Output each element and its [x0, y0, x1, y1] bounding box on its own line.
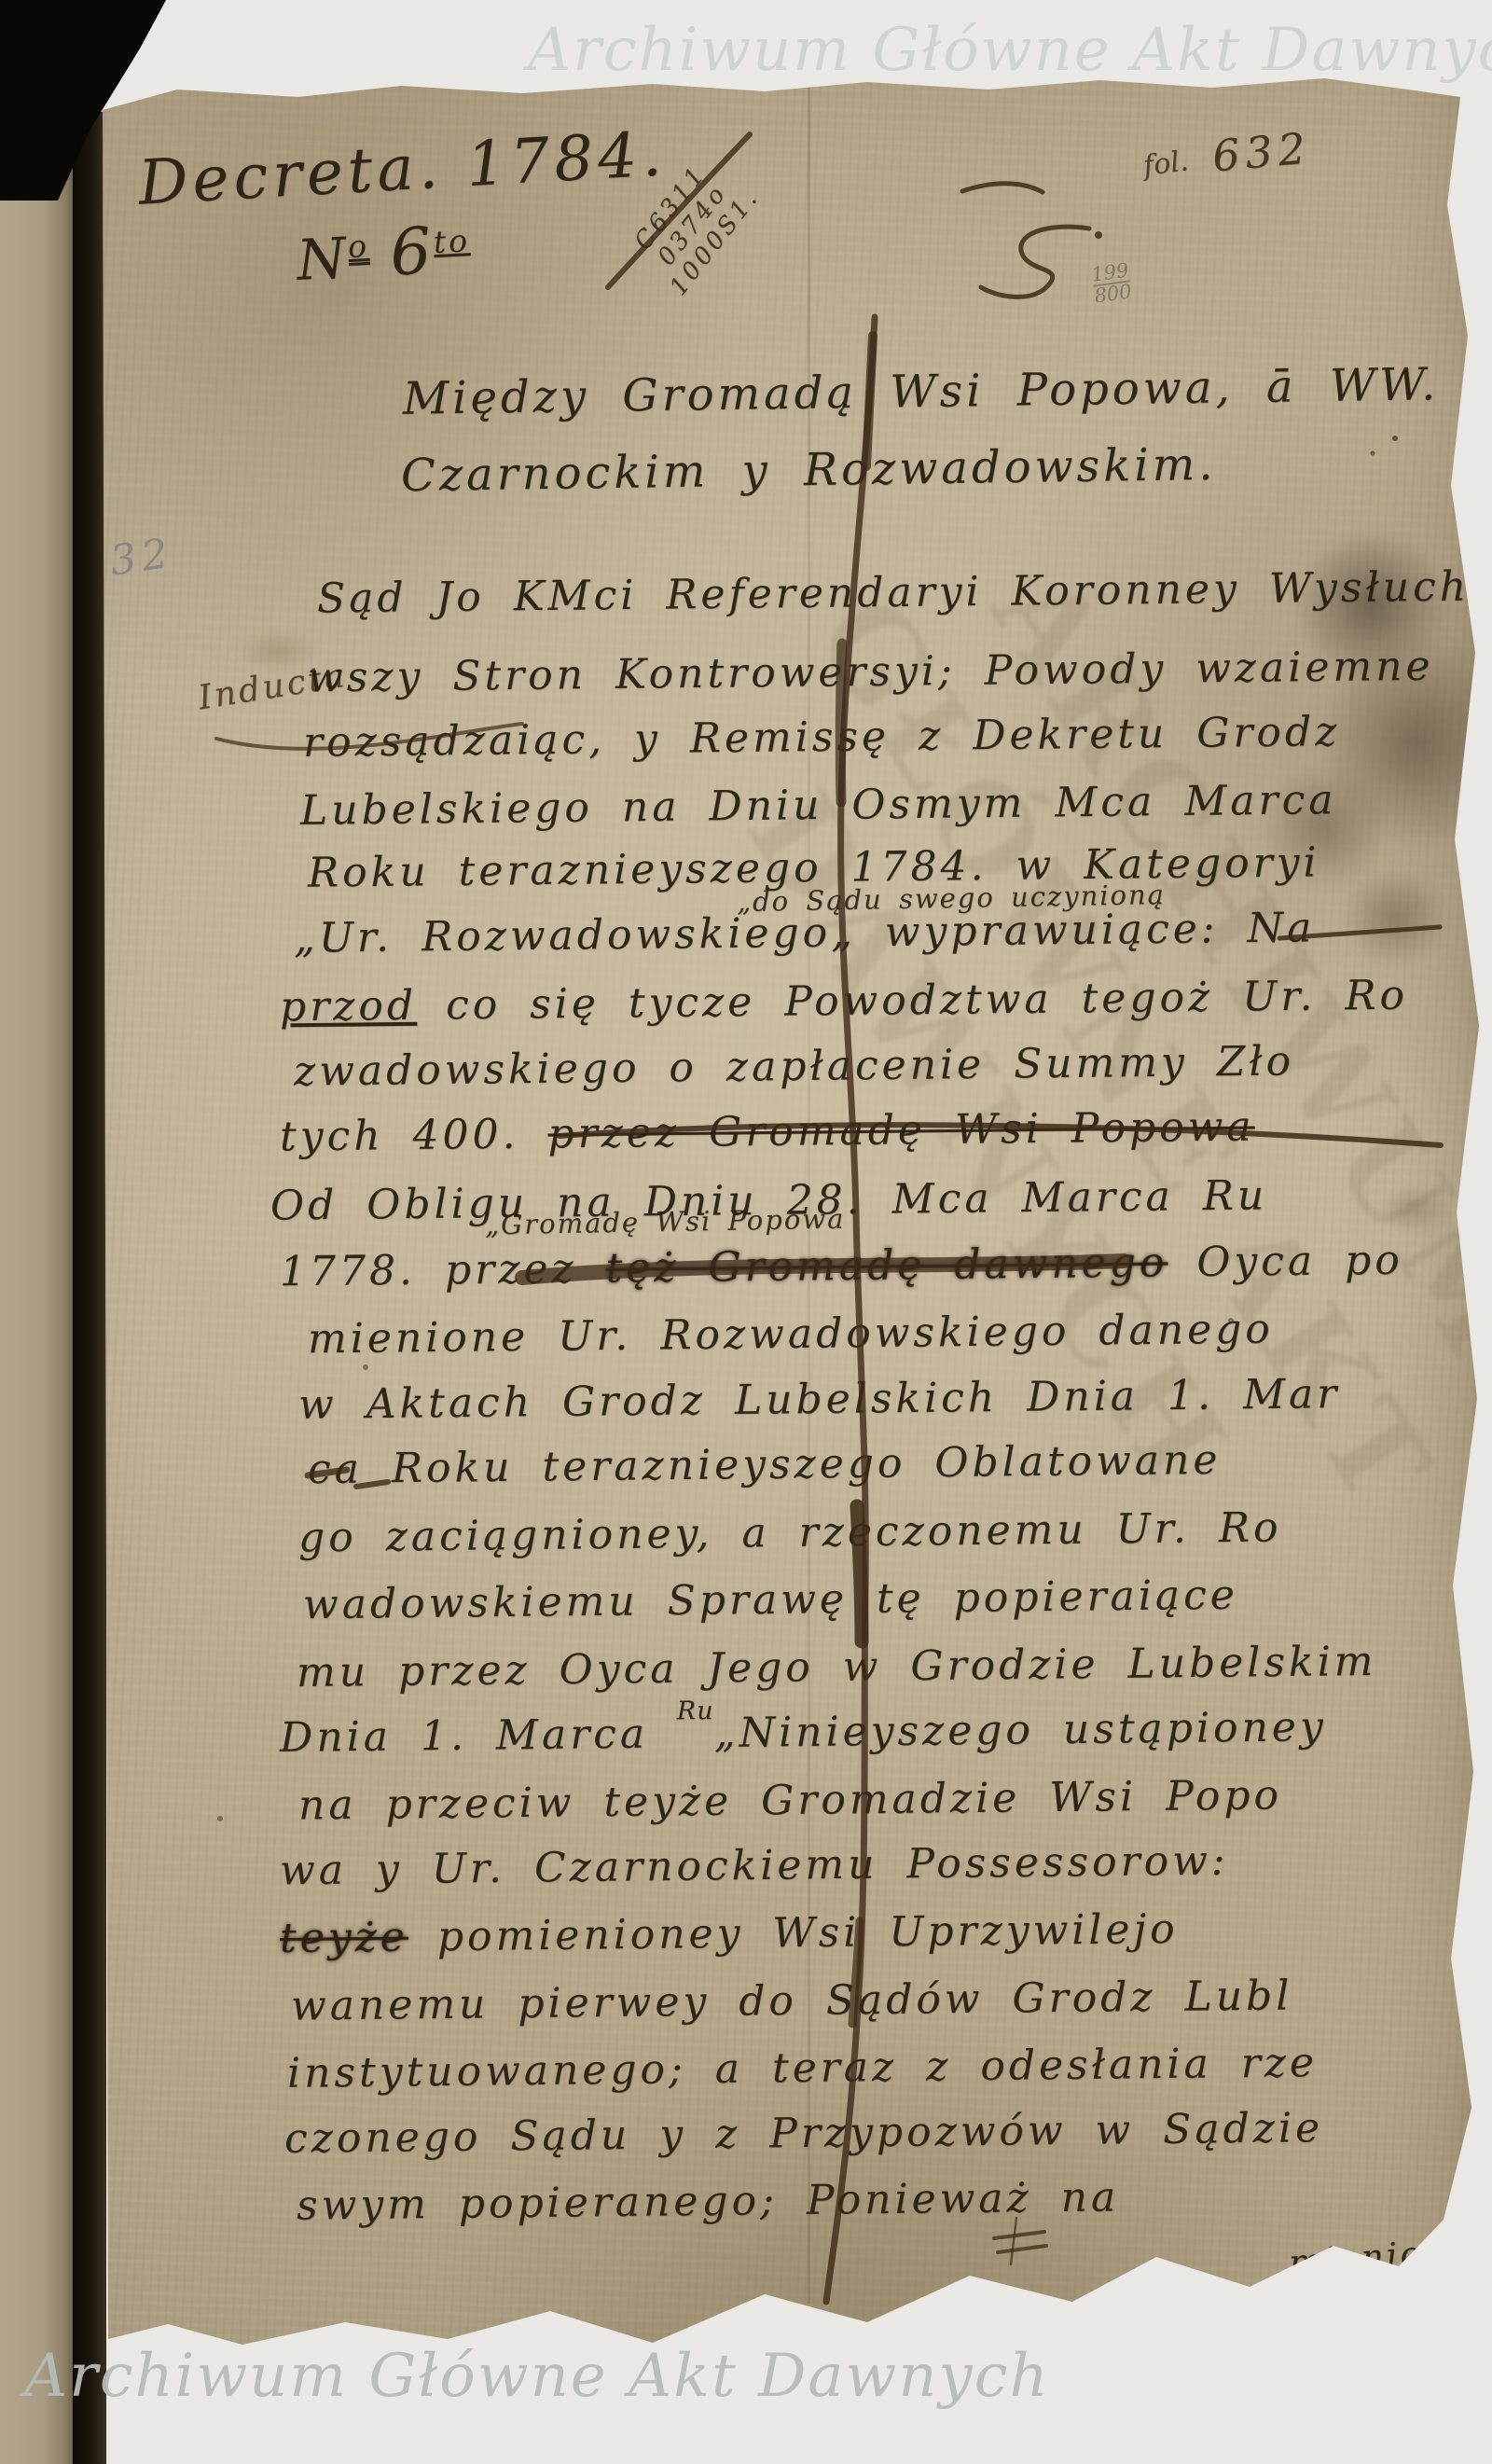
- pencil-fraction: 199 800: [1090, 260, 1133, 306]
- case-number-digit-sup: to: [433, 222, 471, 260]
- page-title: Decreta. 1784.: [136, 118, 668, 218]
- case-number-letter-sup: o: [347, 228, 370, 265]
- case-number-digit: 6: [388, 214, 435, 290]
- body-line-pre: tych 400.: [280, 1110, 548, 1160]
- archival-scan: Archiwum Główne Akt Dawnych Decreta. 178…: [0, 0, 1492, 2464]
- pencil-number: 32: [107, 530, 176, 586]
- body-line-rest: „Ninieyszego ustąpioney: [714, 1703, 1327, 1757]
- pencil-fraction-bottom: 800: [1093, 280, 1133, 306]
- manuscript-page: Archiwum Główne Akt Dawnych Decreta. 178…: [0, 0, 1492, 2464]
- body-line: wadowskiemu Sprawę tę popieraiące: [303, 1571, 1238, 1628]
- body-line-pre: Dnia 1. Marca: [280, 1710, 678, 1761]
- body-line: na przeciw teyże Gromadzie Wsi Popo: [298, 1771, 1283, 1829]
- archive-watermark-bottom: Archiwum Główne Akt Dawnych: [24, 2346, 1050, 2406]
- struck-text: przez Gromadę: [547, 1106, 926, 1157]
- catchword: mieniona: [1288, 2230, 1473, 2283]
- interline-note: „Gromadę Wsi Popowa: [485, 1203, 846, 1241]
- body-line-rest: pomienioney Wsi Uprzywilejo: [408, 1905, 1179, 1961]
- struck-text: tęż Gromadę dawnego: [605, 1239, 1167, 1292]
- interline-abbrev: Ru: [677, 1696, 714, 1725]
- body-line: swym popieranego; Ponieważ na: [297, 2173, 1120, 2229]
- body-line: czonego Sądu y z Przypozwów w Sądzie: [284, 2104, 1323, 2163]
- heading-line: Między Gromadą Wsi Popowa, ā WW.: [403, 358, 1440, 425]
- body-line: mienione Ur. Rozwadowskiego danego: [308, 1306, 1274, 1364]
- body-line: wanemu pierwey do Sądów Grodz Lubl: [291, 1972, 1293, 2029]
- folio-number: 632: [1210, 122, 1313, 181]
- archive-watermark-top: Archiwum Główne Akt Dawnych: [528, 21, 1492, 80]
- body-line: wa y Ur. Czarnockiemu Possessorow:: [280, 1837, 1229, 1895]
- underlined-word: przod: [280, 982, 418, 1031]
- ink-stain-small: [1363, 1177, 1466, 1242]
- adjacent-page-edge: [0, 140, 76, 2464]
- body-line: teyże pomienioney Wsi Uprzywilejo: [280, 1905, 1179, 1962]
- case-number: No 6to: [295, 212, 472, 296]
- folio-label: fol.: [1141, 145, 1190, 183]
- body-line: instytuowanego; a teraz z odesłania rze: [287, 2039, 1318, 2097]
- case-number-letter: N: [295, 226, 350, 294]
- binding-gutter-shadow: [73, 112, 106, 2464]
- heading-line: Czarnockim y Rozwadowskim.: [401, 438, 1217, 502]
- struck-text: teyże: [280, 1914, 408, 1962]
- struck-text: Wsi Popowa: [926, 1103, 1255, 1155]
- body-line: ca Roku teraznieyszego Oblatowane: [308, 1436, 1222, 1493]
- body-line-rest: Oyca po: [1167, 1237, 1403, 1287]
- body-line-pre: 1778. przez: [280, 1245, 606, 1296]
